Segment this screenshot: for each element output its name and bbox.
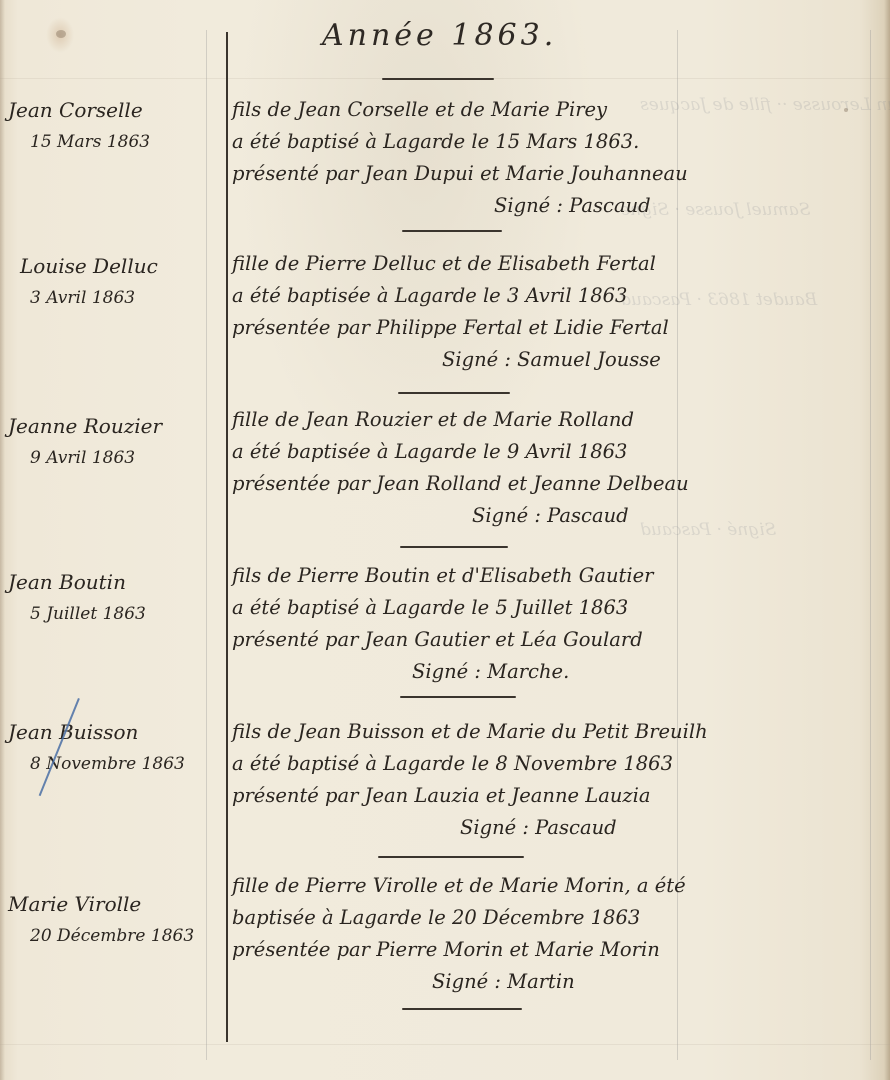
- margin-rule: [226, 32, 228, 1042]
- register-entry: fille de Pierre Delluc et de Elisabeth F…: [232, 248, 872, 376]
- margin-date: 20 Décembre 1863: [8, 920, 218, 952]
- entry-line: présentée par Pierre Morin et Marie Mori…: [232, 934, 872, 966]
- margin-name: Marie Virolle: [8, 888, 218, 920]
- entry-separator: [398, 392, 510, 394]
- register-entry: fille de Pierre Virolle et de Marie Mori…: [232, 870, 872, 998]
- page-left-edge-shadow: [0, 0, 5, 1080]
- entry-signature: Signé : Pascaud: [232, 500, 872, 532]
- register-entry: fils de Jean Corselle et de Marie Pirey …: [232, 94, 872, 222]
- entry-line: a été baptisé à Lagarde le 8 Novembre 18…: [232, 748, 872, 780]
- entry-line: fils de Jean Buisson et de Marie du Peti…: [232, 716, 872, 748]
- entry-line: fille de Pierre Virolle et de Marie Mori…: [232, 870, 872, 902]
- margin-name: Louise Delluc: [8, 250, 218, 282]
- margin-date: 3 Avril 1863: [8, 282, 218, 314]
- margin-date: 5 Juillet 1863: [8, 598, 218, 630]
- entry-separator: [402, 230, 502, 232]
- margin-entry: Marie Virolle 20 Décembre 1863: [8, 888, 218, 952]
- entry-line: présenté par Jean Gautier et Léa Goulard: [232, 624, 872, 656]
- entry-separator: [400, 696, 516, 698]
- margin-date: 9 Avril 1863: [8, 442, 218, 474]
- entry-signature: Signé : Samuel Jousse: [232, 344, 872, 376]
- entry-line: présenté par Jean Lauzia et Jeanne Lauzi…: [232, 780, 872, 812]
- ruling-line-horizontal: [0, 1044, 890, 1045]
- entry-signature: Signé : Martin: [232, 966, 872, 998]
- register-entry: fils de Pierre Boutin et d'Elisabeth Gau…: [232, 560, 872, 688]
- entry-line: fils de Jean Corselle et de Marie Pirey: [232, 94, 872, 126]
- page-title: Année 1863.: [322, 18, 557, 53]
- entry-line: baptisée à Lagarde le 20 Décembre 1863: [232, 902, 872, 934]
- margin-name: Jean Buisson: [8, 716, 218, 748]
- entry-signature: Signé : Pascaud: [232, 812, 872, 844]
- entry-signature: Signé : Pascaud: [232, 190, 872, 222]
- margin-entry: Jeanne Rouzier 9 Avril 1863: [8, 410, 218, 474]
- margin-entry: Louise Delluc 3 Avril 1863: [8, 250, 218, 314]
- register-entry: fils de Jean Buisson et de Marie du Peti…: [232, 716, 872, 844]
- entry-line: fils de Pierre Boutin et d'Elisabeth Gau…: [232, 560, 872, 592]
- margin-name: Jeanne Rouzier: [8, 410, 218, 442]
- entry-line: présenté par Jean Dupui et Marie Jouhann…: [232, 158, 872, 190]
- entry-line: fille de Pierre Delluc et de Elisabeth F…: [232, 248, 872, 280]
- entry-line: a été baptisé à Lagarde le 15 Mars 1863.: [232, 126, 872, 158]
- paper-stain: [56, 30, 66, 38]
- margin-entry: Jean Buisson 8 Novembre 1863: [8, 716, 218, 780]
- page-right-edge-shadow: [884, 0, 890, 1080]
- entry-line: a été baptisée à Lagarde le 9 Avril 1863: [232, 436, 872, 468]
- title-underline: [382, 78, 494, 80]
- entry-separator: [402, 1008, 522, 1010]
- margin-date: 15 Mars 1863: [8, 126, 218, 158]
- entry-line: a été baptisé à Lagarde le 5 Juillet 186…: [232, 592, 872, 624]
- margin-name: Jean Boutin: [8, 566, 218, 598]
- margin-date: 8 Novembre 1863: [8, 748, 218, 780]
- entry-line: fille de Jean Rouzier et de Marie Rollan…: [232, 404, 872, 436]
- register-page: Jean Lerousse ·· fille de Jacques Samuel…: [0, 0, 890, 1080]
- entry-separator: [378, 856, 524, 858]
- margin-name: Jean Corselle: [8, 94, 218, 126]
- entry-separator: [400, 546, 508, 548]
- entry-line: a été baptisée à Lagarde le 3 Avril 1863: [232, 280, 872, 312]
- margin-entry: Jean Corselle 15 Mars 1863: [8, 94, 218, 158]
- entry-line: présentée par Philippe Fertal et Lidie F…: [232, 312, 872, 344]
- margin-entry: Jean Boutin 5 Juillet 1863: [8, 566, 218, 630]
- entry-signature: Signé : Marche.: [232, 656, 872, 688]
- register-entry: fille de Jean Rouzier et de Marie Rollan…: [232, 404, 872, 532]
- entry-line: présentée par Jean Rolland et Jeanne Del…: [232, 468, 872, 500]
